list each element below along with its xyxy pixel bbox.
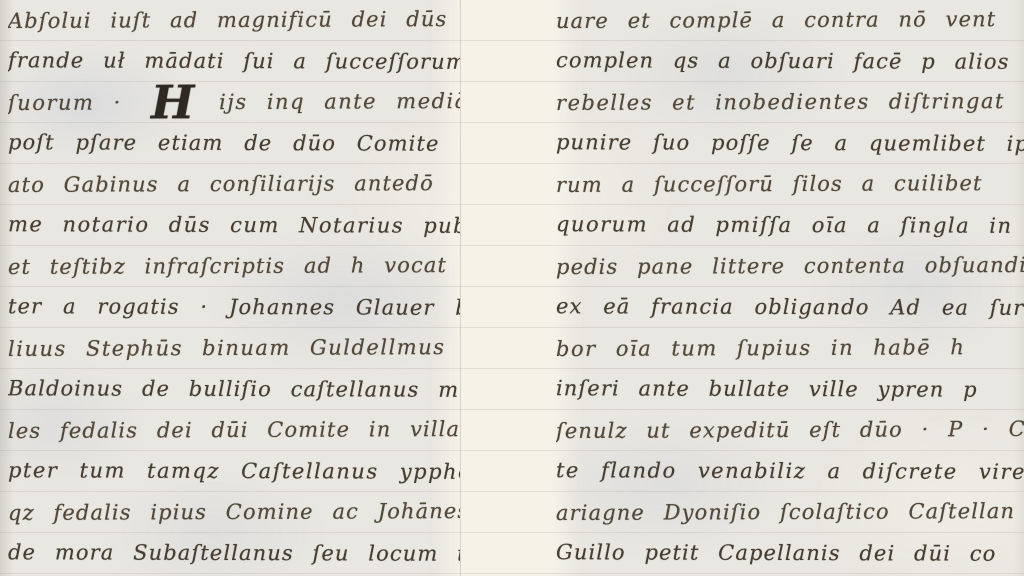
manuscript-line: rebelles et inobedientes diſtringat a — [556, 81, 1024, 124]
manuscript-line: bor oīa tum ſupius in habē h — [556, 327, 1024, 370]
manuscript-line: Baldoinus de bulliſio caſtellanus mi — [8, 368, 460, 411]
page-gutter — [460, 0, 554, 576]
manuscript-line: Guillo petit Capellanis dei dūi co — [556, 532, 1024, 575]
right-page-column: uare et complē a contra nō vent complen … — [556, 0, 1024, 576]
manuscript-line: frande uł mādati ſui a ſucceſſorum — [8, 40, 460, 83]
manuscript-line: ſenulz ut expeditū eſt dūo · P · Cor — [556, 409, 1024, 452]
manuscript-line: uare et complē a contra nō vent — [556, 0, 1024, 42]
manuscript-line: qz fedalis ipius Comine ac Johānes — [8, 491, 460, 534]
manuscript-line: et teſtibz infraſcriptis ad h vocat Gua — [8, 245, 460, 288]
manuscript-line: ato Gabinus a conſiliarijs antedō — [8, 163, 460, 206]
manuscript-line: les fedalis dei dūi Comite in villa yp — [8, 409, 460, 452]
left-page-column: Abſolui iuſt ad magnificū dei dūs · troy… — [8, 0, 460, 576]
manuscript-line: me notario dūs cum Notarius publicā — [8, 204, 460, 247]
manuscript-line: complen qs a obſuari facē p alios et — [556, 40, 1024, 83]
manuscript-line: pter tum tamqz Caſtellanus ypphon — [8, 450, 460, 493]
manuscript-line: Abſolui iuſt ad magnificū dei dūs · troy… — [8, 0, 460, 42]
page-edge-line — [460, 0, 461, 576]
manuscript-line: de mora Subaſtellanus ſeu locum te — [8, 532, 460, 575]
manuscript-line: punire ſuo poſſe ſe a quemlibet ip — [556, 122, 1024, 165]
manuscript-line: pedis pane littere contenta obſuandi — [556, 245, 1024, 288]
manuscript-line: quorum ad pmiſſa oīa a ſingla in — [556, 204, 1024, 247]
manuscript-line: liuus Stephūs binuam Guldellmus — [8, 327, 460, 370]
manuscript-line: ter a rogatis · Johannes Glauer bal — [8, 286, 460, 329]
manuscript-line: rum a ſucceſſorū ſilos a cuilibet — [556, 163, 1024, 206]
manuscript-line: ariagne Dyoniſio ſcolaſtico Caſtellan — [556, 491, 1024, 534]
manuscript-line: ex eā francia obligando Ad ea ſur — [556, 286, 1024, 329]
line-prefix: ſuorum · — [8, 90, 122, 114]
manuscript-line: inſeri ante bullate ville ypren p — [556, 368, 1024, 411]
manuscript-photo: Abſolui iuſt ad magnificū dei dūs · troy… — [0, 0, 1024, 576]
manuscript-line-with-initial: ſuorum · H ijs inq ante mediātes — [8, 81, 460, 124]
line-rest: ijs inq ante mediātes — [219, 89, 460, 114]
manuscript-line: poſt pſare etiam de dūo Comite duo — [8, 122, 460, 165]
manuscript-line: te flando venabiliz a diſcrete vire — [556, 450, 1024, 493]
